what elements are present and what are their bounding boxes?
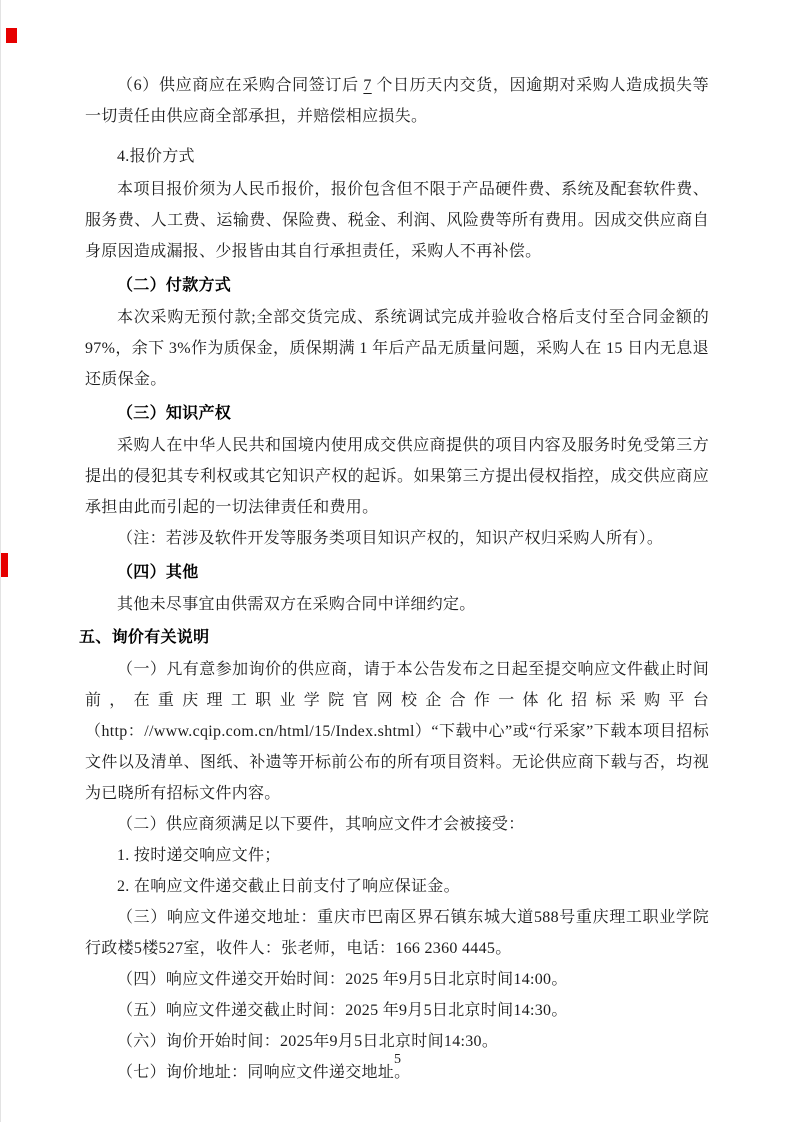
paragraph: 其他未尽事宜由供需双方在采购合同中详细约定。 (85, 589, 709, 620)
paragraph: （四）响应文件递交开始时间：2025 年9月5日北京时间14:00。 (85, 964, 709, 995)
document-page: （6）供应商应在采购合同签订后 7 个日历天内交货，因逾期对采购人造成损失等一切… (0, 0, 794, 1122)
paragraph: （注：若涉及软件开发等服务类项目知识产权的，知识产权归采购人所有）。 (85, 523, 709, 554)
paragraph: 2. 在响应文件递交截止日前支付了响应保证金。 (85, 871, 709, 902)
section-heading: （三）知识产权 (85, 398, 709, 429)
paragraph: （6）供应商应在采购合同签订后 7 个日历天内交货，因逾期对采购人造成损失等一切… (85, 70, 709, 132)
paragraph: 4.报价方式 (85, 141, 709, 172)
red-annotation-mark-top-left (6, 28, 17, 43)
page-number: 5 (1, 1052, 794, 1068)
underlined-text: 7 (363, 77, 371, 94)
section-heading: 五、询价有关说明 (79, 622, 709, 653)
paragraph: 本项目报价须为人民币报价，报价包含但不限于产品硬件费、系统及配套软件费、服务费、… (85, 174, 709, 267)
paragraph: （五）响应文件递交截止时间：2025 年9月5日北京时间14:30。 (85, 995, 709, 1026)
paragraph: 采购人在中华人民共和国境内使用成交供应商提供的项目内容及服务时免受第三方提出的侵… (85, 430, 709, 523)
paragraph: （二）供应商须满足以下要件，其响应文件才会被接受： (85, 809, 709, 840)
section-heading: （二）付款方式 (85, 270, 709, 301)
paragraph: 1. 按时递交响应文件； (85, 840, 709, 871)
section-heading: （四）其他 (85, 557, 709, 588)
document-body: （6）供应商应在采购合同签订后 7 个日历天内交货，因逾期对采购人造成损失等一切… (85, 70, 709, 1088)
paragraph: 本次采购无预付款;全部交货完成、系统调试完成并验收合格后支付至合同金额的 97%… (85, 302, 709, 395)
paragraph: （一）凡有意参加询价的供应商，请于本公告发布之日起至提交响应文件截止时间前，在重… (85, 654, 709, 809)
red-annotation-mark-left-edge (1, 553, 8, 577)
paragraph: （三）响应文件递交地址：重庆市巴南区界石镇东城大道588号重庆理工职业学院行政楼… (85, 902, 709, 964)
